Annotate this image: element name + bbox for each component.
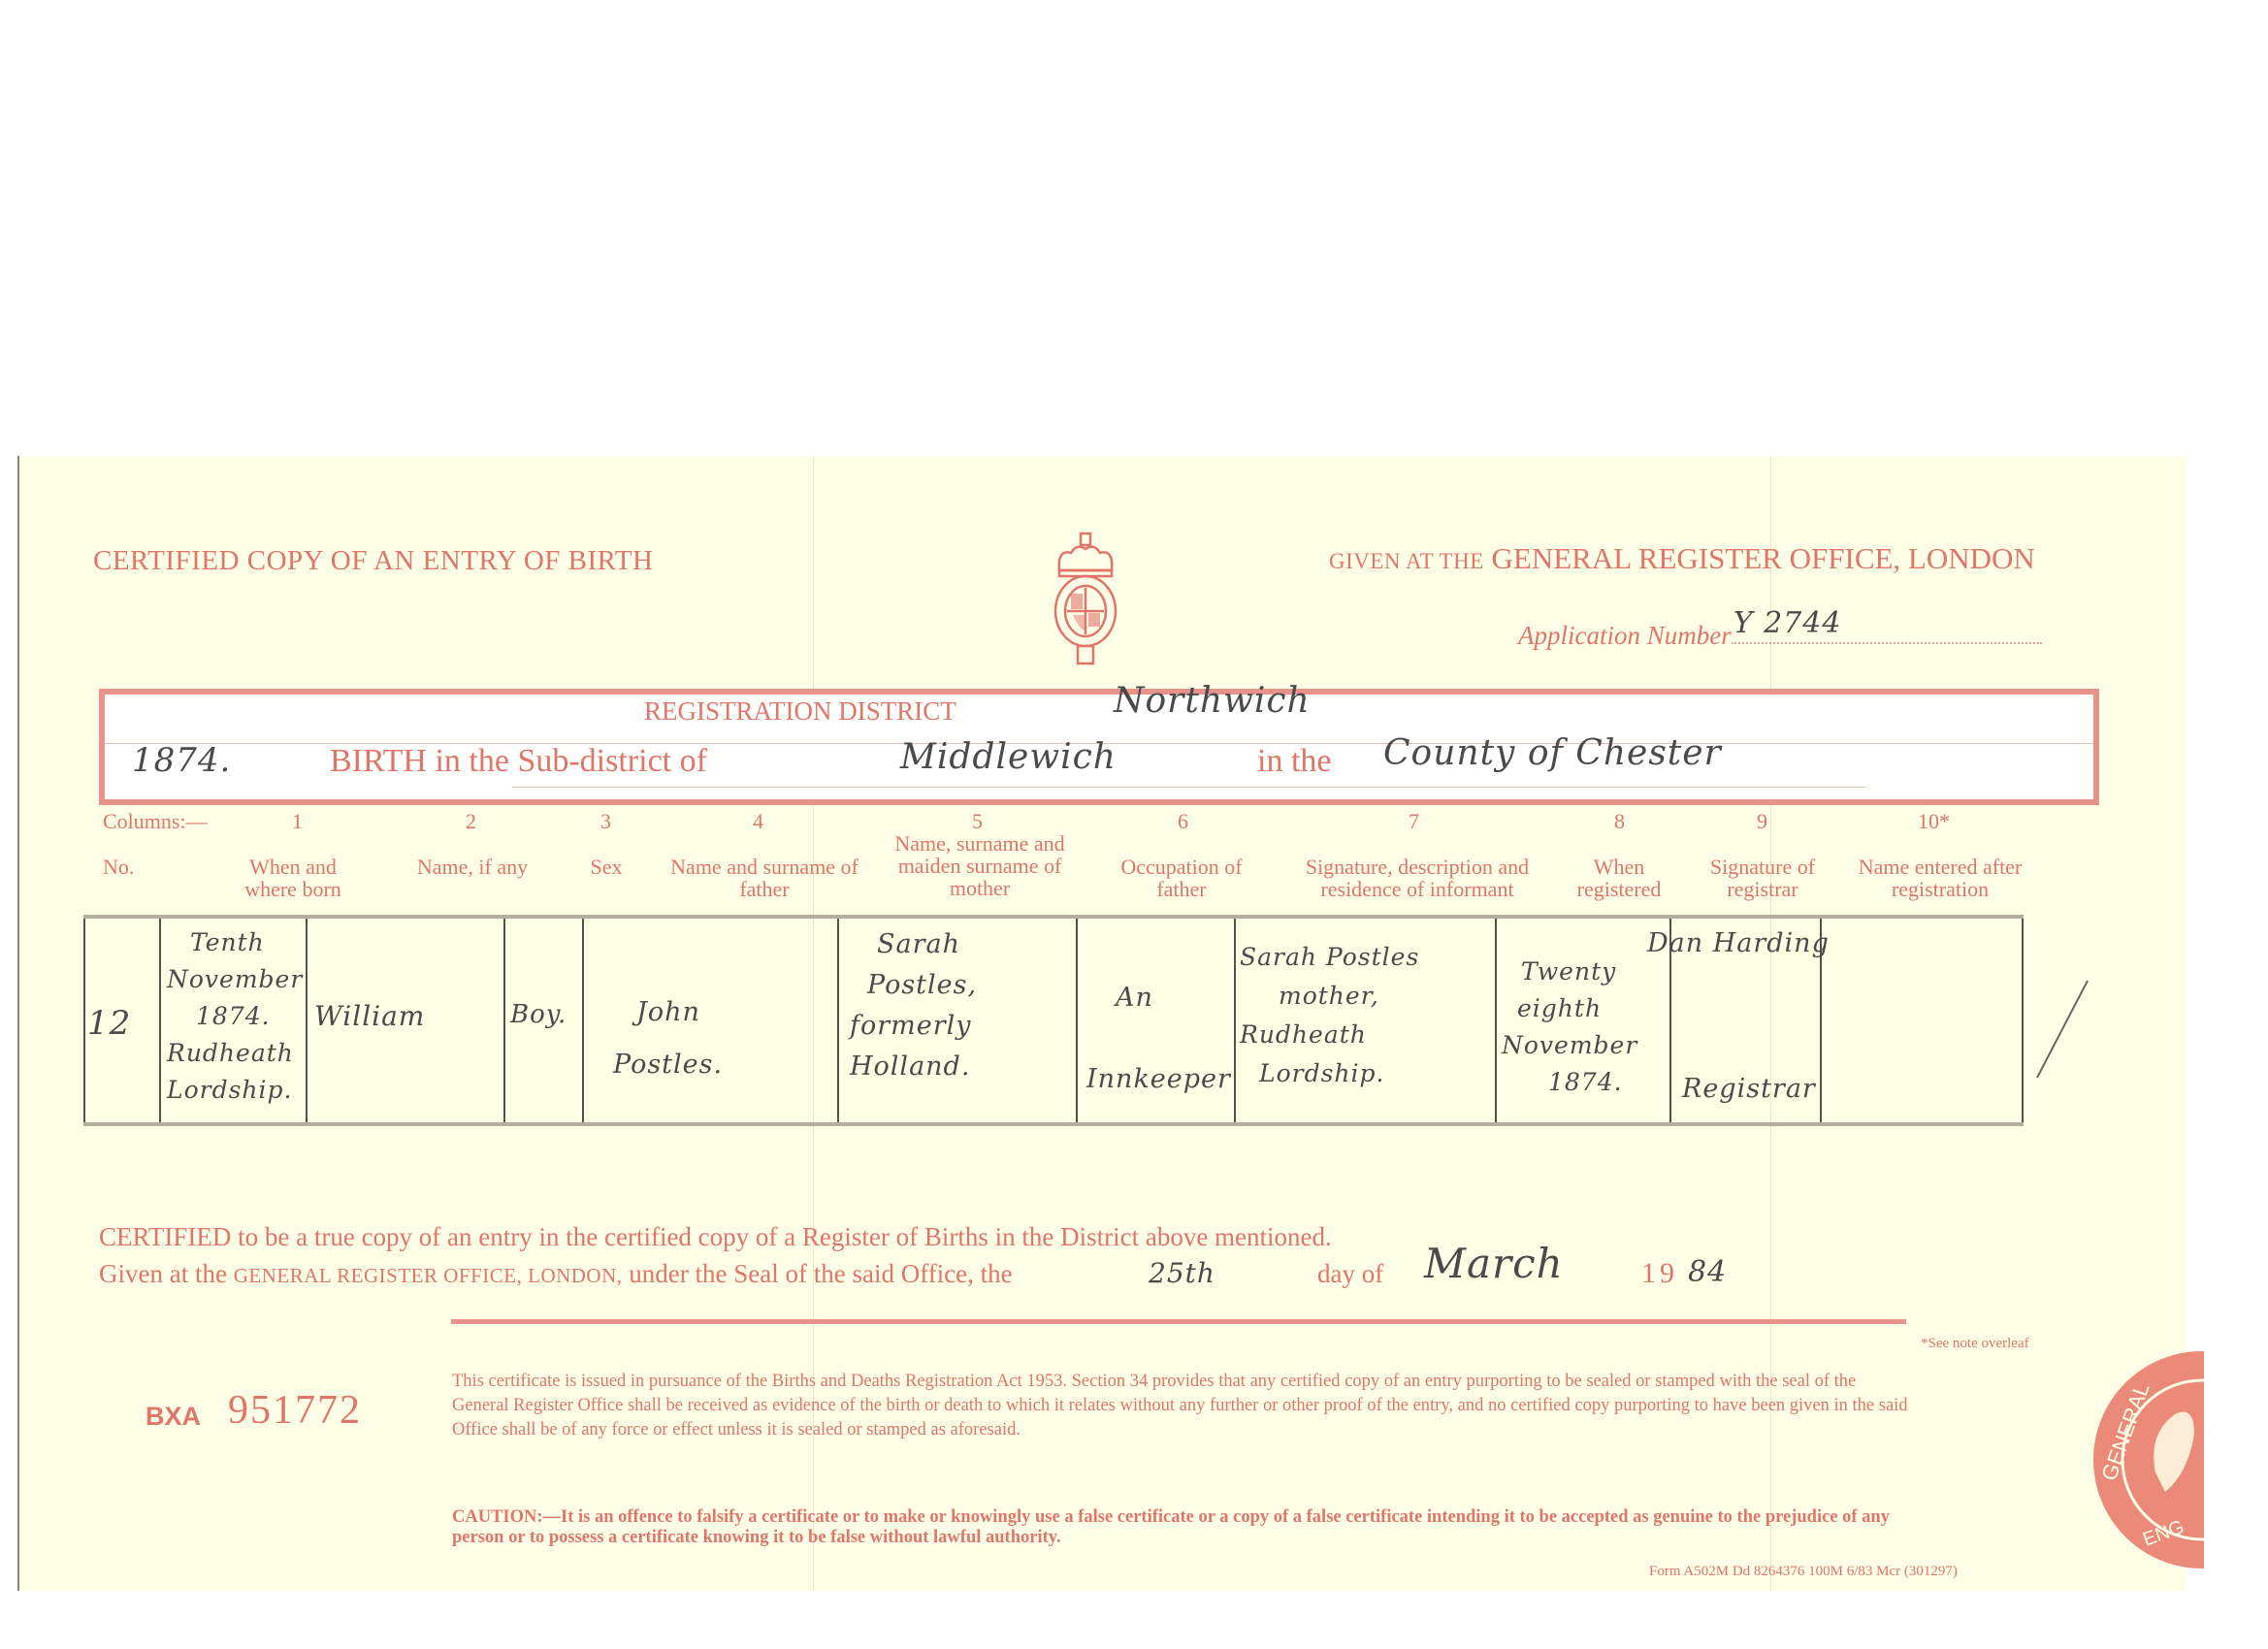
form-number: Form A502M Dd 8264376 100M 6/83 Mcr (301…: [1649, 1564, 1958, 1580]
see-note-overleaf: *See note overleaf: [1921, 1336, 2029, 1352]
column-header-no: No.: [103, 856, 151, 878]
certification-day-of-label: day of: [1317, 1259, 1383, 1289]
entry-year: 1874.: [132, 741, 231, 780]
entry-sex: Boy.: [510, 1000, 567, 1029]
entry-when-registered: Twenty eighth November 1874.: [1502, 954, 1637, 1101]
entry-mother: Sarah Postles, formerly Holland.: [850, 924, 977, 1087]
certification-day: 25th: [1149, 1257, 1215, 1289]
entry-table-row: 12 Tenth November 1874. Rudheath Lordshi…: [83, 915, 2024, 1126]
column-header-sex: Sex: [582, 856, 631, 878]
entry-informant: Sarah Postles mother, Rudheath Lordship.: [1240, 938, 1419, 1093]
columns-label: Columns:—: [103, 809, 208, 834]
divider: [451, 1319, 1906, 1324]
column-header-occupation: Occupation of father: [1114, 856, 1249, 900]
certification-year-prefix: 19: [1641, 1257, 1678, 1290]
certificate-paper: CERTIFIED COPY OF AN ENTRY OF BIRTH Giv: [17, 456, 2187, 1591]
certification-month: March: [1424, 1240, 1564, 1287]
entry-when-where-born: Tenth November 1874. Rudheath Lordship.: [167, 924, 303, 1109]
general-register-office-seal-icon: GENERAL ENG: [2088, 1346, 2204, 1574]
issuing-office: Given at the GENERAL REGISTER OFFICE, LO…: [1329, 541, 2035, 576]
certification-year-suffix: 84: [1688, 1255, 1727, 1289]
diagonal-stroke-mark: [2033, 977, 2091, 1083]
registration-district-label: REGISTRATION DISTRICT: [644, 696, 956, 727]
legal-notice: This certificate is issued in pursuance …: [452, 1370, 1917, 1442]
royal-crest-icon: [1050, 532, 1121, 667]
sub-district-label: BIRTH in the Sub-district of: [330, 743, 707, 780]
serial-prefix: BXA: [146, 1402, 201, 1432]
serial-number: 951772: [228, 1387, 362, 1434]
certificate-title: CERTIFIED COPY OF AN ENTRY OF BIRTH: [93, 545, 653, 577]
entry-father: John Postles.: [613, 986, 723, 1091]
registration-district-value: Northwich: [1114, 681, 1311, 721]
column-header-when-where-born: When and where born: [235, 856, 351, 900]
caution-notice: CAUTION:—It is an offence to falsify a c…: [452, 1507, 1917, 1548]
application-number: Application NumberY 2744: [1518, 619, 2042, 651]
entry-registrar-title: Registrar: [1682, 1074, 1816, 1104]
application-number-value: Y 2744: [1733, 606, 1842, 640]
column-header-informant: Signature, description and residence of …: [1277, 856, 1558, 900]
county-value: County of Chester: [1383, 733, 1722, 773]
registration-district-box: REGISTRATION DISTRICT Northwich 1874. BI…: [99, 689, 2099, 805]
certification-statement: CERTIFIED to be a true copy of an entry …: [99, 1222, 1332, 1252]
entry-occupation: An Innkeeper: [1086, 957, 1231, 1120]
entry-name: William: [314, 1000, 425, 1032]
column-header-mother: Name, surname and maiden surname of moth…: [873, 832, 1086, 899]
column-header-when-registered: When registered: [1566, 856, 1672, 900]
column-header-name: Name, if any: [400, 856, 545, 878]
column-header-name-after: Name entered after registration: [1843, 856, 2037, 900]
column-header-father: Name and surname of father: [658, 856, 871, 900]
certification-given-at: Given at the General Register Office, Lo…: [99, 1259, 1013, 1289]
column-header-registrar: Signature of registrar: [1690, 856, 1835, 900]
county-label: in the: [1257, 743, 1331, 780]
entry-registrar-signature: Dan Harding: [1647, 928, 1830, 958]
sub-district-value: Middlewich: [900, 737, 1117, 777]
entry-no: 12: [87, 1004, 131, 1043]
